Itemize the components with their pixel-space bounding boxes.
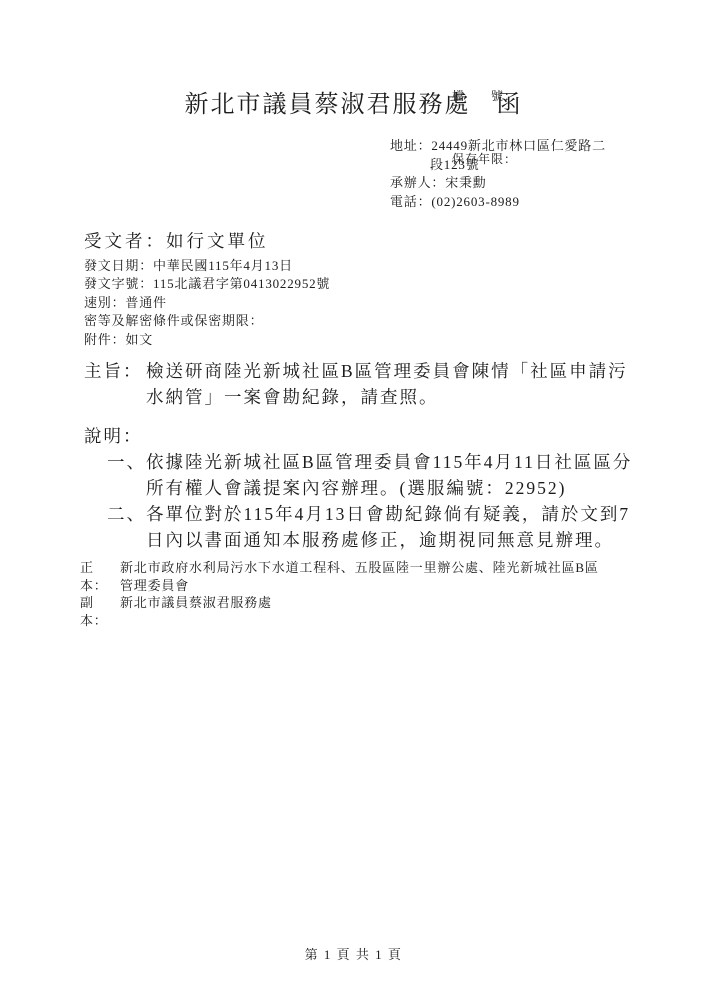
sender-address-line2: 段123號 <box>390 156 606 175</box>
official-letter-page: 檔 號： 保存年限： 新北市議員蔡淑君服務處 函 地址：24449新北市林口區仁… <box>0 0 707 1000</box>
meta-issue-date: 發文日期：中華民國115年4月13日 <box>84 257 330 275</box>
subject-line: 水納管」一案會勘紀錄，請查照。 <box>146 384 628 410</box>
sender-info: 地址：24449新北市林口區仁愛路二 段123號 承辦人：宋秉勳 電話：(02)… <box>390 137 606 211</box>
item-number: 一、 <box>107 449 146 501</box>
original-recipients-row: 正本： 新北市政府水利局污水下水道工程科、五股區陸一里辦公處、陸光新城社區B區 … <box>80 559 660 594</box>
original-label: 正本： <box>80 559 120 594</box>
cc-recipients-row: 副本： 新北市議員蔡淑君服務處 <box>80 594 660 629</box>
item-line: 依據陸光新城社區B區管理委員會115年4月11日社區區分 <box>146 449 632 475</box>
item-text: 依據陸光新城社區B區管理委員會115年4月11日社區區分 所有權人會議提案內容辦… <box>146 449 632 501</box>
meta-attachment: 附件：如文 <box>84 331 330 349</box>
sender-handler: 承辦人：宋秉勳 <box>390 174 606 193</box>
copies-section: 正本： 新北市政府水利局污水下水道工程科、五股區陸一里辦公處、陸光新城社區B區 … <box>80 559 660 629</box>
meta-speed: 速別：普通件 <box>84 294 330 312</box>
recipient-line: 受文者：如行文單位 <box>84 228 269 253</box>
explanation-item-2: 二、 各單位對於115年4月13日會勘紀錄倘有疑義，請於文到7 日內以書面通知本… <box>107 501 667 553</box>
explanation-label: 說明： <box>84 423 143 448</box>
item-number: 二、 <box>107 501 146 553</box>
meta-block: 發文日期：中華民國115年4月13日 發文字號：115北議君字第04130229… <box>84 257 330 349</box>
cc-label: 副本： <box>80 594 120 629</box>
meta-doc-number: 發文字號：115北議君字第0413022952號 <box>84 275 330 293</box>
subject-text: 檢送研商陸光新城社區B區管理委員會陳情「社區申請污 水納管」一案會勘紀錄，請查照… <box>146 358 628 410</box>
item-line: 各單位對於115年4月13日會勘紀錄倘有疑義，請於文到7 <box>146 501 630 527</box>
explanation-item-1: 一、 依據陸光新城社區B區管理委員會115年4月11日社區區分 所有權人會議提案… <box>107 449 667 501</box>
explanation-items: 一、 依據陸光新城社區B區管理委員會115年4月11日社區區分 所有權人會議提案… <box>107 449 667 553</box>
page-number-footer: 第 1 頁 共 1 頁 <box>0 944 707 963</box>
meta-security: 密等及解密條件或保密期限： <box>84 312 330 330</box>
item-text: 各單位對於115年4月13日會勘紀錄倘有疑義，請於文到7 日內以書面通知本服務處… <box>146 501 630 553</box>
subject-label: 主旨： <box>84 358 146 410</box>
subject-section: 主旨： 檢送研商陸光新城社區B區管理委員會陳情「社區申請污 水納管」一案會勘紀錄… <box>84 358 628 410</box>
original-line: 新北市政府水利局污水下水道工程科、五股區陸一里辦公處、陸光新城社區B區 <box>120 559 599 577</box>
subject-line: 檢送研商陸光新城社區B區管理委員會陳情「社區申請污 <box>146 358 628 384</box>
sender-phone: 電話：(02)2603-8989 <box>390 193 606 212</box>
sender-address-line1: 地址：24449新北市林口區仁愛路二 <box>390 137 606 156</box>
original-line: 管理委員會 <box>120 577 599 595</box>
cc-text: 新北市議員蔡淑君服務處 <box>120 594 272 629</box>
item-line: 所有權人會議提案內容辦理。(選服編號：22952) <box>146 475 632 501</box>
item-line: 日內以書面通知本服務處修正，逾期視同無意見辦理。 <box>146 527 630 553</box>
document-title: 新北市議員蔡淑君服務處 函 <box>0 84 707 119</box>
original-text: 新北市政府水利局污水下水道工程科、五股區陸一里辦公處、陸光新城社區B區 管理委員… <box>120 559 599 594</box>
